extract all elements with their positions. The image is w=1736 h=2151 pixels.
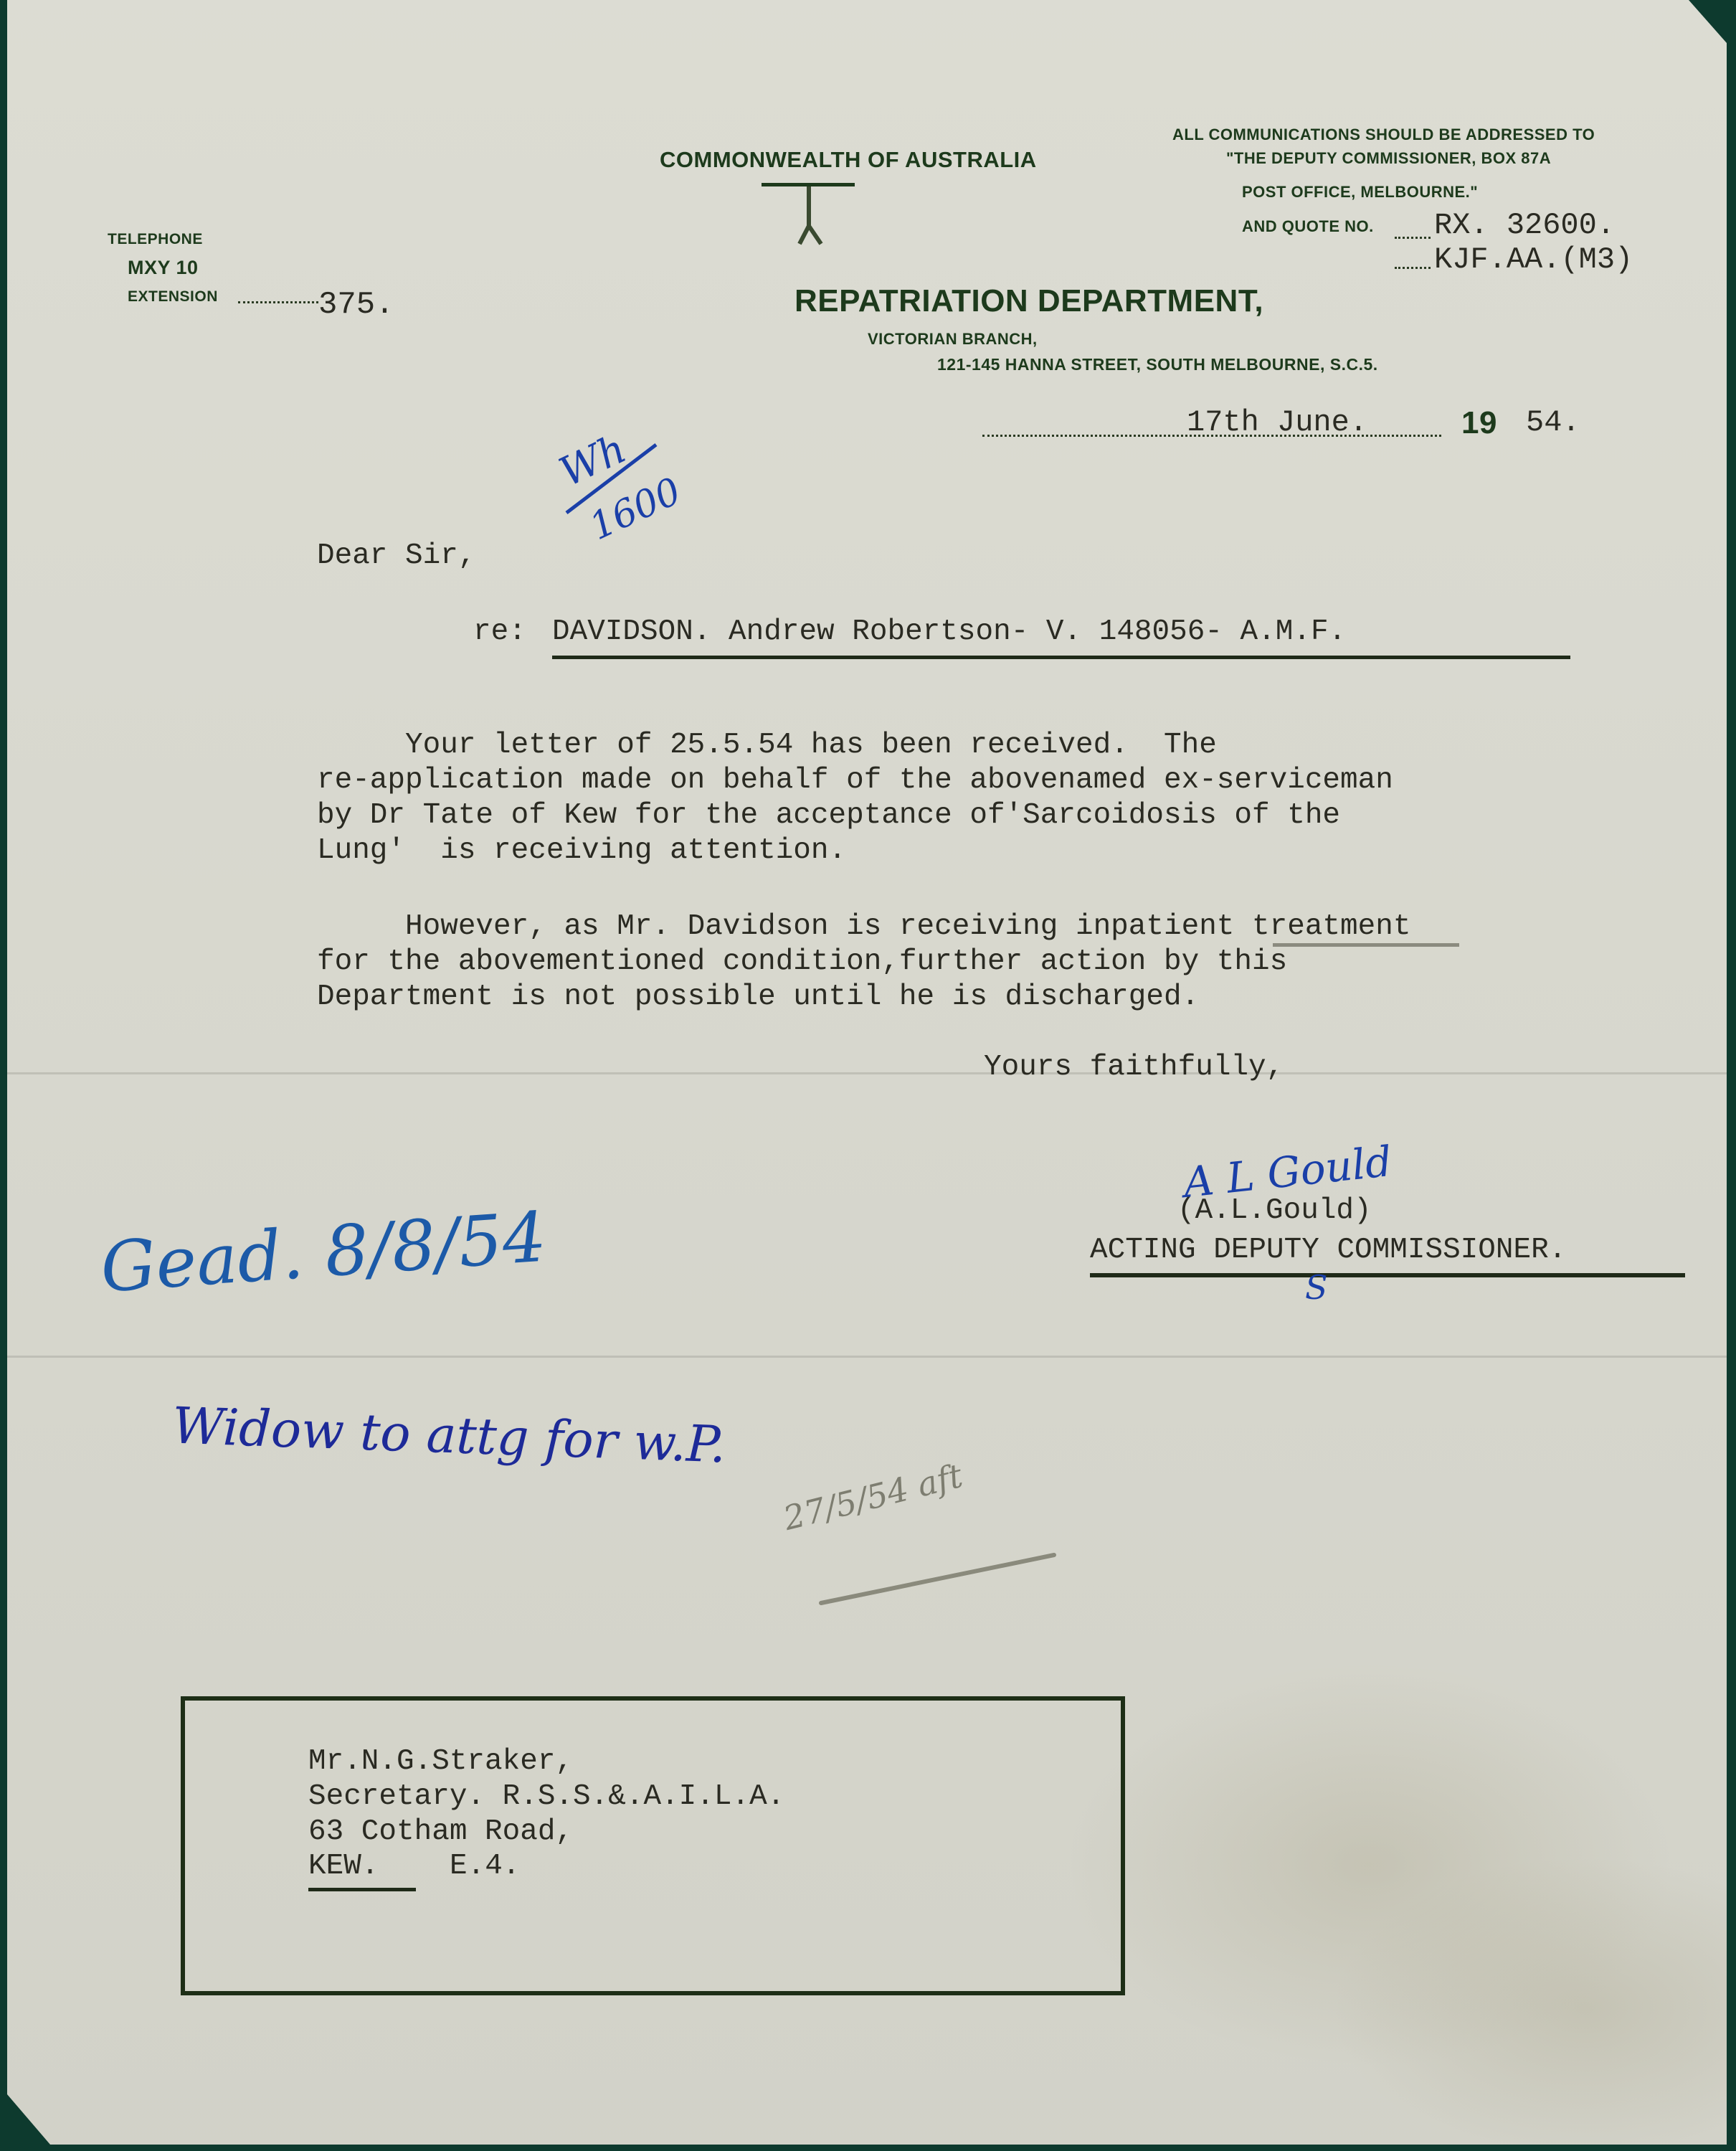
recipient-address: Mr.N.G.Straker, Secretary. R.S.S.&.A.I.L…	[308, 1744, 784, 1850]
telephone-number: MXY 10	[128, 257, 199, 279]
quote-label: AND QUOTE NO.	[1242, 217, 1374, 236]
paragraph-1: Your letter of 25.5.54 has been received…	[317, 728, 1393, 869]
recipient-city: KEW.	[308, 1850, 379, 1883]
recipient-line: Secretary. R.S.S.&.A.I.L.A.	[308, 1780, 784, 1813]
date-year: 54.	[1526, 405, 1580, 440]
branch-address: 121-145 HANNA STREET, SOUTH MELBOURNE, S…	[937, 355, 1378, 374]
paragraph-1-line: Lung' is receiving attention.	[317, 834, 846, 867]
paragraph-1-line: by Dr Tate of Kew for the acceptance of'…	[317, 799, 1340, 832]
paragraph-2: However, as Mr. Davidson is receiving in…	[317, 909, 1410, 1015]
fold-crease	[7, 1356, 1727, 1358]
crest-emblem-icon	[760, 183, 860, 255]
signatory-title: ACTING DEPUTY COMMISSIONER.	[1090, 1234, 1566, 1267]
city-underline	[308, 1888, 416, 1891]
closing: Yours faithfully,	[984, 1051, 1284, 1084]
quote-dots-2	[1395, 267, 1431, 269]
pencil-underline-icon	[817, 1549, 1061, 1607]
paragraph-2-line: However, as Mr. Davidson is receiving in…	[317, 910, 1410, 943]
paragraph-1-line: Your letter of 25.5.54 has been received…	[317, 729, 1217, 762]
pencil-date-note: 27/5/54 aft	[779, 1456, 966, 1538]
initials-mark: S	[1305, 1268, 1328, 1307]
re-subject: DAVIDSON. Andrew Robertson- V. 148056- A…	[552, 615, 1346, 648]
fold-crease	[7, 1072, 1727, 1074]
recipient-line: Mr.N.G.Straker,	[308, 1745, 573, 1778]
subject-underline	[552, 656, 1570, 659]
recipient-line: 63 Cotham Road,	[308, 1815, 573, 1848]
communications-line-1: ALL COMMUNICATIONS SHOULD BE ADDRESSED T…	[1172, 126, 1595, 144]
received-note: Gead. 8/8/54	[98, 1196, 549, 1308]
paragraph-1-line: re-application made on behalf of the abo…	[317, 764, 1393, 797]
quote-dots	[1395, 237, 1431, 239]
widow-note: Widow to attg for w.P.	[171, 1396, 727, 1475]
recipient-postcode: E.4.	[450, 1850, 520, 1883]
extension-dots	[238, 301, 318, 303]
department-heading: REPATRIATION DEPARTMENT,	[795, 283, 1263, 319]
telephone-label: TELEPHONE	[108, 231, 203, 248]
title-underline	[1090, 1273, 1685, 1277]
communications-line-3: POST OFFICE, MELBOURNE."	[1242, 183, 1478, 202]
quote-number-2: KJF.AA.(M3)	[1434, 242, 1633, 277]
inpatient-pencil-underline	[1273, 943, 1459, 947]
salutation: Dear Sir,	[317, 539, 475, 572]
re-prefix: re:	[473, 615, 526, 648]
letter-page: TELEPHONE MXY 10 EXTENSION 375. COMMONWE…	[7, 0, 1727, 2145]
quote-number-1: RX. 32600.	[1434, 208, 1615, 242]
date-day-month: 17th June.	[1187, 405, 1367, 440]
branch-label: VICTORIAN BRANCH,	[868, 330, 1038, 349]
paragraph-2-line: for the abovementioned condition,further…	[317, 945, 1287, 978]
date-century: 19	[1461, 405, 1497, 441]
paragraph-2-line: Department is not possible until he is d…	[317, 980, 1199, 1013]
extension-value: 375.	[318, 287, 394, 323]
communications-line-2: "THE DEPUTY COMMISSIONER, BOX 87A	[1226, 149, 1551, 168]
country-heading: COMMONWEALTH OF AUSTRALIA	[660, 147, 1037, 173]
signatory-name: (A.L.Gould)	[1177, 1194, 1372, 1227]
extension-label: EXTENSION	[128, 288, 218, 306]
